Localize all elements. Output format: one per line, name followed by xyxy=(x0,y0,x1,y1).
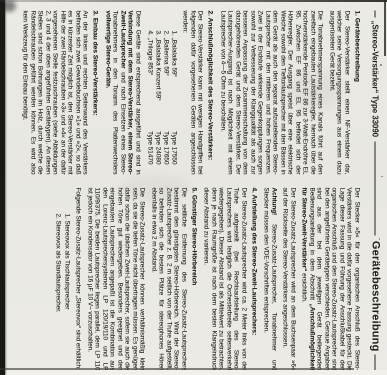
document-title: „Stereo-Verstärker“ Type 33090 xyxy=(371,20,380,136)
section-2-intro: Der Stereo-Verstärker kann mit wenigen H… xyxy=(181,10,204,174)
scan-speck xyxy=(380,64,382,66)
stereovox-option-2: 2. Stereovox als Standlautsprecher. xyxy=(54,213,62,370)
section-2-outro: Diese Geräte sind entsprechend ausgeführ… xyxy=(103,10,141,174)
section-4-paragraph-1: Der Stereo-Zusatz-Lautsprecher wird ca. … xyxy=(202,187,247,370)
device-name: 4. „Trilogie 853“ xyxy=(145,30,153,75)
scanned-document: „Stereo-Verstärker“ Type 33090 Gerätebes… xyxy=(0,0,387,375)
section-3-paragraph-3: Der Stereo-Zusatz-Lautsprecher wird an d… xyxy=(281,187,296,370)
stereovox-option-1: 1. Stereovox als Tischlautsprecher xyxy=(62,213,70,370)
scan-speck xyxy=(379,238,380,240)
device-type-number: Type 17550 xyxy=(169,131,177,164)
scan-edge-left xyxy=(0,0,5,375)
scan-speck xyxy=(381,176,383,177)
warning-note: Achtung! Stereo-Zusatz-Lautsprecher, Ton… xyxy=(262,187,277,370)
scan-edge-bottom xyxy=(0,368,354,370)
document-subtitle: Gerätebeschreibung xyxy=(369,240,381,351)
device-list-item: 1. „Balalaika 59“ Type 17550 xyxy=(169,30,177,164)
section-3-heading: 3. Einbau des Stereo-Verstärkers: xyxy=(91,10,99,174)
outro-bold-2: vollwertige Stereo-Geräte. xyxy=(104,10,111,88)
device-list-item: 2. „Ballerina 59“ Type 17650 xyxy=(161,30,169,164)
section-4-heading: 4. Aufstellung des Stereo-Zweit-Lautspre… xyxy=(249,187,257,370)
device-list-item: 4. „Trilogie 853“ Type 51470 xyxy=(145,30,153,164)
section-5-heading: 5. Günstiger Stereo-Hörbereich xyxy=(189,187,197,370)
warning-text: Stereo-Zusatz-Lautsprecher, Tonabnehmer … xyxy=(263,187,278,370)
section-2-heading: 2. Anschlußmöglichkeit des Stereo-Verstä… xyxy=(206,10,214,174)
device-name: 1. „Balalaika 59“ xyxy=(169,30,177,76)
section-5-paragraph-2: Die Stereo-Zusatz-Lautsprecher können ve… xyxy=(85,187,145,370)
header-rule-left xyxy=(375,10,376,17)
scan-bottom-margin xyxy=(5,370,387,375)
scan-edge-right xyxy=(384,0,386,56)
device-name: 3. „Balalaika Konzert 59“ xyxy=(153,30,161,100)
scan-smudge xyxy=(120,175,190,201)
document-page: „Stereo-Verstärker“ Type 33090 Gerätebes… xyxy=(0,0,387,375)
device-name: 2. „Ballerina 59“ xyxy=(161,30,169,75)
scan-edge-top xyxy=(0,0,387,2)
header-rule-right xyxy=(375,354,376,370)
warning-label: Achtung! xyxy=(270,187,277,215)
header-rule-middle xyxy=(375,141,376,235)
outro-text-1: Diese Geräte sind entsprechend ausgeführ… xyxy=(134,10,141,174)
device-type-number: Type 51470 xyxy=(145,131,153,164)
section-3-paragraph-1: An der linken und rechten Seitenwand des… xyxy=(21,10,89,174)
section-3-paragraph-2: Der Stecker »5« für den organischen Ansc… xyxy=(300,187,360,370)
device-type-number: Type 24080 xyxy=(153,131,161,164)
right-column: Der Stecker »5« für den organischen Ansc… xyxy=(17,187,360,370)
scan-speck xyxy=(376,300,378,302)
device-list: 1. „Balalaika 59“ Type 17550 2. „Balleri… xyxy=(145,30,177,164)
scan-smudge xyxy=(290,70,340,110)
scan-speck xyxy=(170,357,172,358)
section-1-heading: 1. Gerätebeschreibung xyxy=(352,10,360,174)
section-5-paragraph-3: Folgende Stereo-Zusatz-Lautsprecher „Ste… xyxy=(74,187,82,370)
device-list-item: 3. „Balalaika Konzert 59“ Type 24080 xyxy=(153,30,161,164)
stecker-text: Der Stecker »5« für den organischen Ansc… xyxy=(308,187,360,370)
scan-speck xyxy=(378,130,379,132)
section-5-paragraph-1: Die seitliche Entfernung des Stereo-Zusa… xyxy=(149,187,187,370)
stereovox-list: 1. Stereovox als Tischlautsprecher 2. St… xyxy=(54,213,70,370)
stecker-text-end: ersichtlich. xyxy=(301,271,308,302)
device-type-number: Type 17650 xyxy=(161,131,169,164)
